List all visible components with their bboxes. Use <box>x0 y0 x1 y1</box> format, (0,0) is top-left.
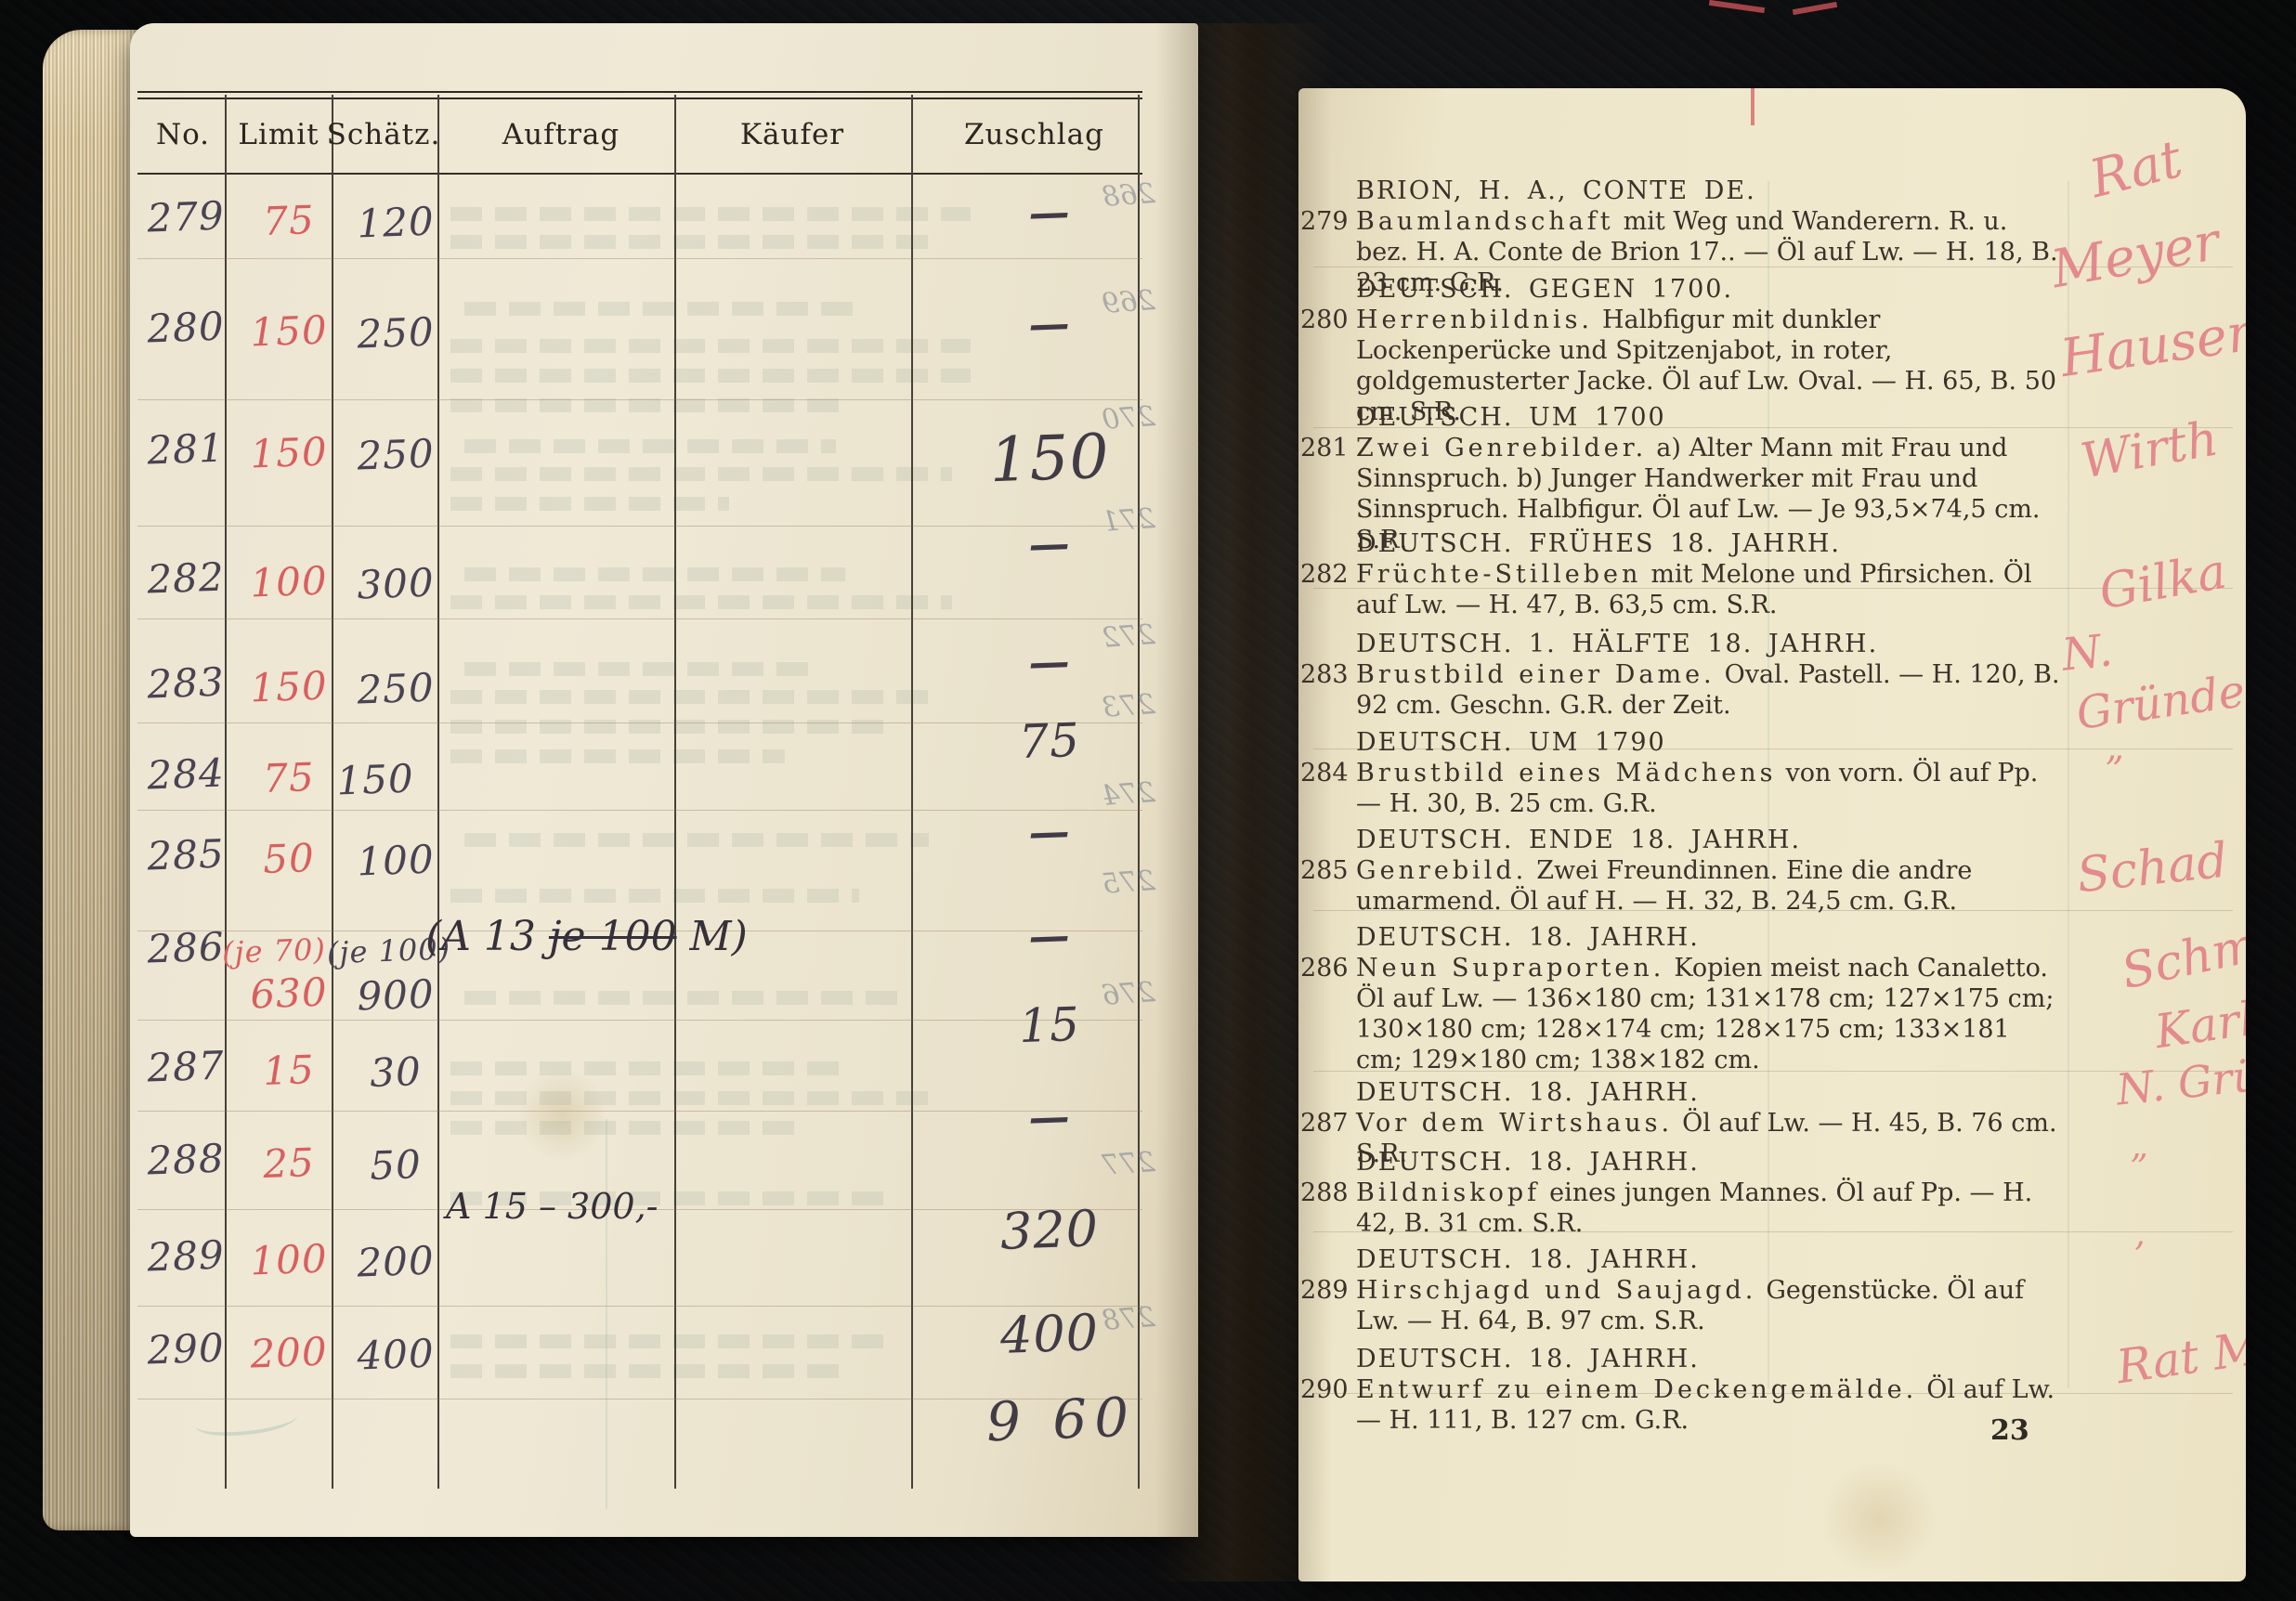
bleedthrough-line <box>450 369 971 383</box>
catalog-entry: DEUTSCH. ENDE 18. JAHRH. 285Genrebild.Zw… <box>1356 825 2064 917</box>
catalog-entry: DEUTSCH. 18. JAHRH. 289Hirschjagd und Sa… <box>1356 1244 2064 1336</box>
bleedthrough-line <box>450 497 729 511</box>
buyer-annotation: Rat <box>2084 129 2188 210</box>
ledger-limit: 150 <box>233 306 345 356</box>
buyer-annotation: Gilka <box>2095 544 2231 621</box>
bleedthrough-line <box>450 749 785 763</box>
bleedthrough-line <box>450 690 933 704</box>
bleedthrough-line <box>450 339 971 353</box>
ledger-limit: 100 <box>233 557 345 606</box>
ledger-schaetz: 50 <box>335 1140 456 1190</box>
ledger-schaetz: 30 <box>335 1048 456 1097</box>
bleedthrough-line <box>450 207 971 221</box>
bleedthrough-number: 275 <box>1091 864 1166 901</box>
auftrag-note-close: M) <box>677 913 748 960</box>
ledger-limit: (je 70) <box>218 931 329 970</box>
catalog-entry: DEUTSCH. UM 1790 284Brustbild eines Mädc… <box>1356 727 2064 819</box>
catalog-page: BRION, H. A., CONTE DE. 279Baumlandschaf… <box>1298 88 2246 1581</box>
row-line <box>137 399 1142 400</box>
entry-title: Entwurf zu einem Deckengemälde. <box>1356 1375 1917 1404</box>
entry-heading: DEUTSCH. 18. JAHRH. <box>1356 1344 2064 1374</box>
ledger-no: 283 <box>142 658 229 707</box>
ledger-limit: 75 <box>233 196 345 245</box>
bleedthrough-number: 269 <box>1091 283 1166 320</box>
entry-title: Bildniskopf <box>1356 1178 1540 1207</box>
buyer-annotation: Wirth <box>2077 411 2223 490</box>
ledger-limit: 200 <box>233 1328 345 1377</box>
bleedthrough-number: 271 <box>1091 501 1166 539</box>
table-top-rule <box>137 91 1142 93</box>
bleedthrough-scribble <box>194 1401 299 1439</box>
entry-heading: DEUTSCH. 18. JAHRH. <box>1356 1147 2064 1178</box>
ledger-no: 287 <box>142 1042 229 1090</box>
ledger-schaetz: 100 <box>335 836 456 885</box>
table-top-rule <box>137 98 1142 99</box>
buyer-annotation: Karla <box>2152 988 2246 1059</box>
buyer-annotation: Meyer <box>2047 212 2224 301</box>
ledger-no: 280 <box>142 303 229 351</box>
column-divider <box>674 95 676 1489</box>
bleedthrough-line <box>450 467 952 481</box>
ledger-schaetz: 150 <box>315 755 436 804</box>
catalog-entry: DEUTSCH. 18. JAHRH. 288Bildniskopfeines … <box>1356 1147 2064 1239</box>
column-header-schaetz: Schätz. <box>323 118 444 151</box>
bleedthrough-number: 278 <box>1091 1300 1166 1337</box>
entry-title: Genrebild. <box>1356 856 1527 885</box>
ledger-limit: 150 <box>233 428 345 477</box>
bleedthrough-line <box>606 1119 607 1509</box>
entry-number: 288 <box>1300 1178 1349 1208</box>
catalog-entry: DEUTSCH. FRÜHES 18. JAHRH. 282Früchte-St… <box>1356 528 2064 620</box>
entry-heading: DEUTSCH. UM 1790 <box>1356 727 2064 758</box>
ledger-no: 286 <box>142 923 229 971</box>
page-number: 23 <box>1990 1414 2029 1447</box>
column-header-auftrag: Auftrag <box>501 118 621 151</box>
red-edge-mark <box>1751 88 1755 125</box>
buyer-annotation-tick: ʼ <box>2133 1235 2144 1276</box>
entry-number: 279 <box>1300 206 1349 237</box>
ledger-zuschlag: — <box>985 1092 1114 1144</box>
ledger-zuschlag: — <box>985 911 1114 963</box>
ledger-no: 281 <box>142 424 229 473</box>
bleedthrough-line <box>464 833 929 847</box>
table-header-rule <box>137 173 1142 175</box>
ledger-schaetz: 250 <box>335 430 456 479</box>
ledger-no: 282 <box>142 553 229 602</box>
bleedthrough-line <box>450 889 859 903</box>
auftrag-note-open: (A 13 <box>425 913 549 960</box>
entry-number: 282 <box>1300 559 1349 590</box>
row-line <box>137 258 1142 259</box>
ledger-schaetz: 400 <box>335 1330 456 1379</box>
auftrag-note: A 15 – 300,- <box>446 1186 658 1227</box>
entry-title: Baumlandschaft <box>1356 207 1614 236</box>
entry-heading: DEUTSCH. UM 1700 <box>1356 402 2064 433</box>
buyer-annotation: Schad <box>2074 833 2230 905</box>
ledger-limit: 630 <box>233 969 345 1018</box>
bleedthrough-line <box>464 439 836 453</box>
ledger-limit: 15 <box>233 1046 345 1095</box>
bleedthrough-line <box>450 595 952 609</box>
row-line <box>137 618 1142 619</box>
bleedthrough-number: 270 <box>1091 399 1166 436</box>
ledger-schaetz: 120 <box>335 198 456 247</box>
entry-title: Hirschjagd und Saujagd. <box>1356 1276 1756 1305</box>
ledger-limit: 25 <box>233 1139 345 1188</box>
entry-number: 286 <box>1300 953 1349 983</box>
entry-title: Brustbild einer Dame. <box>1356 660 1715 689</box>
ledger-zuschlag-total: 9 60 <box>985 1386 1114 1454</box>
ledger-page: No. Limit Schätz. Auftrag Käufer Zuschla… <box>130 23 1198 1537</box>
ledger-no: 288 <box>142 1135 229 1183</box>
ledger-schaetz: 200 <box>335 1237 456 1286</box>
bleedthrough-line <box>450 1061 841 1075</box>
auftrag-note-struck: je 100 <box>549 913 677 960</box>
buyer-annotation-ditto: ” <box>2105 749 2123 792</box>
bleedthrough-number: 276 <box>1091 975 1166 1012</box>
bleedthrough-line <box>464 567 845 581</box>
entry-heading: DEUTSCH. 18. JAHRH. <box>1356 1244 2064 1275</box>
catalog-entry: DEUTSCH. 18. JAHRH. 290Entwurf zu einem … <box>1356 1344 2064 1436</box>
entry-heading: DEUTSCH. 18. JAHRH. <box>1356 922 2064 953</box>
ledger-no: 285 <box>142 830 229 879</box>
bleedthrough-number: 273 <box>1091 687 1166 724</box>
bleedthrough-line <box>450 1334 896 1348</box>
entry-number: 280 <box>1300 305 1349 335</box>
buyer-annotation: Hauser <box>2056 303 2246 389</box>
entry-title: Neun Supraporten. <box>1356 954 1664 983</box>
entry-heading: BRION, H. A., CONTE DE. <box>1356 176 2064 206</box>
bleedthrough-number: 268 <box>1091 176 1166 214</box>
ledger-no: 290 <box>142 1324 229 1373</box>
red-edge-mark <box>1709 0 1765 13</box>
bleedthrough-number: 274 <box>1091 775 1166 813</box>
entry-number: 281 <box>1300 433 1349 463</box>
catalog-entry: DEUTSCH. 18. JAHRH. 286Neun Supraporten.… <box>1356 922 2064 1075</box>
entry-heading: DEUTSCH. FRÜHES 18. JAHRH. <box>1356 528 2064 559</box>
entry-title: Herrenbildnis. <box>1356 306 1593 334</box>
entry-number: 289 <box>1300 1275 1349 1306</box>
open-auction-ledger-book: No. Limit Schätz. Auftrag Käufer Zuschla… <box>0 0 2296 1601</box>
column-divider <box>911 95 913 1489</box>
buyer-annotation-ditto: ” <box>2130 1147 2147 1188</box>
ledger-limit: 150 <box>233 662 345 711</box>
paper-stain <box>1819 1463 1939 1574</box>
buyer-annotation: Rat Meyer <box>2113 1307 2246 1395</box>
ledger-schaetz: 250 <box>335 308 456 358</box>
entry-number: 287 <box>1300 1108 1349 1139</box>
bleedthrough-number: 277 <box>1091 1145 1166 1182</box>
column-header-kaeufer: Käufer <box>732 118 853 151</box>
ledger-schaetz: 900 <box>335 970 456 1020</box>
ledger-zuschlag: 320 <box>985 1199 1114 1262</box>
entry-number: 290 <box>1300 1374 1349 1405</box>
column-header-zuschlag: Zuschlag <box>964 118 1085 151</box>
buyer-annotation: Schmidt <box>2117 904 2246 1000</box>
entry-heading: DEUTSCH. 18. JAHRH. <box>1356 1077 2064 1108</box>
entry-heading: DEUTSCH. 1. HÄLFTE 18. JAHRH. <box>1356 629 2064 659</box>
bleedthrough-line <box>464 991 910 1005</box>
entry-title: Zwei Genrebilder. <box>1356 434 1647 462</box>
auftrag-note: (A 13 je 100 M) <box>425 913 748 960</box>
bleedthrough-line <box>450 1364 841 1378</box>
bleedthrough-number: 272 <box>1091 618 1166 655</box>
entry-title: Früchte-Stilleben <box>1356 560 1641 589</box>
ledger-zuschlag: — <box>985 807 1114 859</box>
entry-number: 284 <box>1300 758 1349 788</box>
ledger-no: 279 <box>142 192 229 241</box>
ledger-no: 284 <box>142 749 229 798</box>
entry-number: 285 <box>1300 855 1349 886</box>
paper-stain <box>520 1063 604 1165</box>
buyer-annotation: N. <box>2059 624 2115 681</box>
entry-title: Vor dem Wirtshaus. <box>1356 1109 1673 1138</box>
bleedthrough-line <box>450 235 933 249</box>
ledger-limit: 100 <box>233 1235 345 1284</box>
entry-title: Brustbild eines Mädchens <box>1356 759 1776 787</box>
page-stack-fore-edge <box>43 30 139 1530</box>
entry-heading: DEUTSCH. ENDE 18. JAHRH. <box>1356 825 2064 855</box>
column-header-limit: Limit <box>218 118 339 151</box>
bleedthrough-line <box>464 662 817 676</box>
ledger-no: 289 <box>142 1231 229 1280</box>
bleedthrough-line <box>450 398 850 412</box>
bleedthrough-line <box>464 302 854 316</box>
ledger-limit: 50 <box>233 834 345 883</box>
bleedthrough-line <box>450 1121 803 1135</box>
entry-number: 283 <box>1300 659 1349 690</box>
ledger-schaetz: 250 <box>335 664 456 713</box>
ledger-schaetz: 300 <box>335 559 456 608</box>
catalog-entry: DEUTSCH. 1. HÄLFTE 18. JAHRH. 283Brustbi… <box>1356 629 2064 721</box>
red-edge-mark <box>1793 2 1837 15</box>
entry-heading: DEUTSCH. GEGEN 1700. <box>1356 274 2064 305</box>
